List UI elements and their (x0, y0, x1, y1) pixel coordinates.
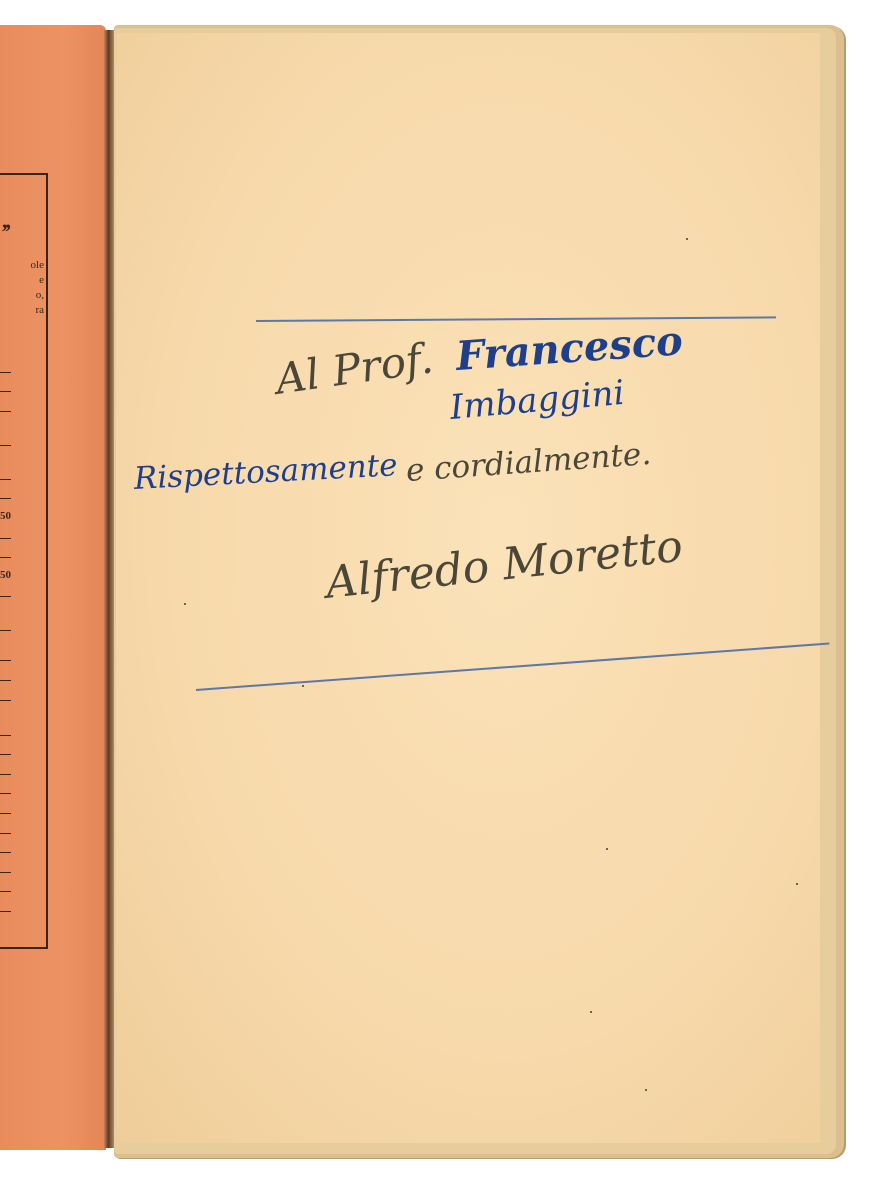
bottom-blue-rule (196, 642, 829, 691)
paper-speck (590, 1011, 592, 1013)
cover-text-line: ra (0, 303, 44, 318)
cover-price-dash (0, 872, 11, 873)
inscription-prefix: Al Prof. (273, 333, 436, 404)
cover-price-dash (0, 833, 11, 834)
inscription-greeting-dark: e cordialmente. (405, 436, 652, 489)
flyleaf-page: Al Prof. Francesco Imbaggini Rispettosam… (116, 33, 820, 1143)
cover-price-dash (0, 754, 11, 755)
paper-speck (645, 1089, 647, 1091)
cover-price-dash (0, 479, 11, 480)
paper-speck (302, 685, 304, 687)
paper-speck (606, 848, 608, 850)
cover-price-dash (0, 630, 11, 631)
book-spine-gutter (104, 30, 114, 1148)
cover-price-dash (0, 680, 11, 681)
cover-price-dash (0, 852, 11, 853)
cover-price-dash (0, 793, 11, 794)
cover-price-dash (0, 411, 11, 412)
cover-price-dash (0, 557, 11, 558)
cover-price-dash (0, 660, 11, 661)
cover-price-dash (0, 891, 11, 892)
paper-speck (686, 238, 688, 240)
cover-price-dash (0, 774, 11, 775)
cover-price-dash (0, 372, 11, 373)
cover-text-line: ole (0, 258, 44, 273)
cover-price-number: 50 (0, 510, 11, 522)
cover-price-dash (0, 596, 11, 597)
author-signature: Alfredo Moretto (323, 521, 685, 609)
cover-price-dash (0, 700, 11, 701)
cover-price-dash (0, 813, 11, 814)
paper-speck (796, 883, 798, 885)
inscription-first-name: Francesco (454, 317, 684, 380)
cover-text-line: o, (0, 288, 44, 303)
book-back-cover: ,, ole e o, ra 50 50 (0, 25, 106, 1150)
paper-speck (184, 603, 186, 605)
cover-price-number: 50 (0, 569, 11, 581)
cover-quote-mark: ,, (2, 208, 9, 234)
cover-price-dash (0, 911, 11, 912)
inscription-surname: Imbaggini (448, 373, 626, 428)
inscription-greeting-blue: Rispettosamente (133, 447, 398, 497)
cover-text-line: e (0, 273, 44, 288)
top-blue-rule (256, 316, 776, 322)
cover-price-dash (0, 538, 11, 539)
cover-price-dash (0, 498, 11, 499)
cover-price-dash (0, 445, 11, 446)
cover-price-dash (0, 391, 11, 392)
cover-price-dash (0, 735, 11, 736)
